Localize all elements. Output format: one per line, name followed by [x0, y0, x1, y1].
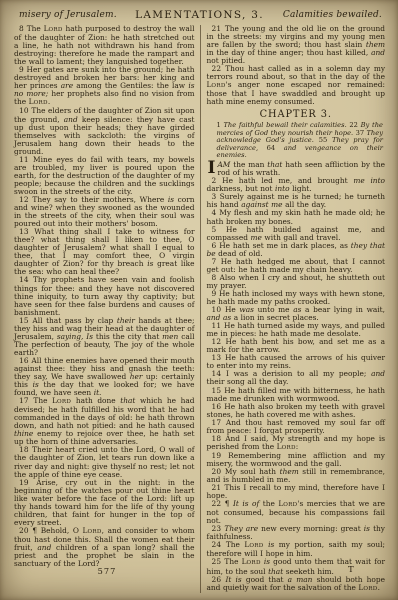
verse-number: 11: [212, 321, 222, 330]
divine-name: LORD: [29, 97, 48, 106]
verse: 14 I was a derision to all my people; an…: [207, 370, 386, 386]
verse-number: 4: [212, 208, 217, 217]
signature-mark: T: [348, 565, 354, 575]
running-head-right: Calamities bewailed.: [283, 10, 382, 20]
verse: 20 My soul hath them still in remembranc…: [207, 468, 386, 484]
verse: 7 He hath hedged me about, that I cannot…: [207, 258, 386, 274]
verse: 14 Thy prophets have seen vain and fooli…: [14, 276, 195, 316]
verse: 11 He hath turned aside my ways, and pul…: [207, 322, 386, 338]
verse-number: 22: [212, 499, 222, 508]
verse-number: 21: [212, 24, 222, 33]
verse-number: 16: [19, 356, 29, 365]
verse-number: 25: [212, 557, 222, 566]
verse-number: 13: [19, 227, 29, 236]
verse-number: 22: [212, 64, 222, 73]
verse-number: 7: [212, 257, 217, 266]
verse-number: 13: [212, 353, 222, 362]
verse-number: 15: [19, 316, 29, 325]
verse-number: 17: [212, 418, 222, 427]
divine-name: LORD: [278, 499, 297, 508]
verse: 13 He hath caused the arrows of his quiv…: [207, 354, 386, 370]
verse-number: 18: [212, 434, 222, 443]
left-column: 8 The LORD hath purposed to destroy the …: [14, 25, 200, 593]
verse: 10 He was unto me as a bear lying in wai…: [207, 306, 386, 322]
verse-number: 5: [212, 225, 217, 234]
divine-name: LORD: [83, 526, 102, 535]
verse: 16 He hath also broken my teeth with gra…: [207, 403, 386, 419]
verse-number: 21: [212, 483, 222, 492]
verse: 25 The LORD is good unto them that wait …: [207, 558, 386, 575]
divine-name: LORD: [358, 583, 377, 592]
verse-number: 12: [19, 195, 29, 204]
verse-number: 18: [19, 445, 29, 454]
left-column-verses: 8 The LORD hath purposed to destroy the …: [14, 25, 195, 568]
verse-number: 9: [212, 289, 217, 298]
verse: 2 He hath led me, and brought me into da…: [207, 177, 386, 193]
verse-number: 14: [212, 369, 222, 378]
verse: 24 The LORD is my portion, saith my soul…: [207, 541, 386, 558]
verse: 21 This I recall to my mind, therefore h…: [207, 484, 386, 500]
verse-number: 23: [212, 524, 222, 533]
verse-number: 17: [19, 396, 29, 405]
verse: 23 They are new every morning: great is …: [207, 525, 386, 541]
verse-number: 9: [19, 65, 24, 74]
verse: 18 And I said, My strength and my hope i…: [207, 435, 386, 452]
divine-name: LORD: [44, 24, 63, 33]
verse-number: 3: [212, 192, 217, 201]
divine-name: LORD: [277, 442, 296, 451]
verse-number: 19: [212, 451, 222, 460]
verse-number: 12: [212, 337, 222, 346]
chapter-heading: CHAPTER 3.: [207, 109, 386, 120]
verse: 11 Mine eyes do fail with tears, my bowe…: [14, 156, 195, 196]
verse: 3 Surely against me is he turned; he tur…: [207, 193, 386, 209]
divine-name: LORD: [242, 557, 261, 566]
verse: 9 Her gates are sunk into the ground; he…: [14, 66, 195, 107]
verse: 8 The LORD hath purposed to destroy the …: [14, 25, 195, 66]
bible-page: misery of Jerusalem. LAMENTATIONS, 3. Ca…: [0, 0, 398, 600]
divine-name: LORD: [244, 540, 263, 549]
verse-number: 19: [19, 478, 29, 487]
verse: 19 Arise, cry out in the night: in the b…: [14, 479, 195, 527]
right-column: 21 The young and the old lie on the grou…: [200, 25, 386, 593]
verse-number: 10: [19, 106, 29, 115]
verse-number: 14: [19, 275, 29, 284]
verse-number: 26: [212, 575, 222, 584]
verse-number: 20: [212, 467, 222, 476]
verse-number: 15: [212, 386, 222, 395]
running-head: misery of Jerusalem. LAMENTATIONS, 3. Ca…: [14, 9, 385, 23]
verse: 9 He hath inclosed my ways with hewn sto…: [207, 290, 386, 306]
verse: 22 ¶ It is of the LORD's mercies that we…: [207, 500, 386, 525]
running-head-left: misery of Jerusalem.: [19, 10, 117, 20]
verse-number: 2: [212, 176, 217, 185]
book-title: LAMENTATIONS, 3.: [135, 9, 264, 21]
verse-number: 8: [19, 24, 24, 33]
verse: IAM the man that hath seen affliction by…: [207, 161, 386, 177]
drop-cap: I: [207, 161, 218, 175]
page-number: 577: [14, 566, 200, 576]
verse: 13 What thing shall I take to witness fo…: [14, 228, 195, 276]
chapter-summary: 1 The faithful bewail their calamities. …: [217, 122, 384, 159]
verse-number: 8: [212, 273, 217, 282]
verse: 26 It is good that a man should both hop…: [207, 576, 386, 593]
text-columns: 8 The LORD hath purposed to destroy the …: [14, 25, 385, 593]
divine-name: LORD: [207, 80, 226, 89]
verse: 16 All thine enemies have opened their m…: [14, 357, 195, 397]
verse: 6 He hath set me in dark places, as they…: [207, 242, 386, 258]
verse-number: 11: [19, 155, 29, 164]
verse: 19 Remembering mine affliction and my mi…: [207, 452, 386, 468]
divine-name: LORD: [52, 396, 71, 405]
chapter2-verses: 21 The young and the old lie on the grou…: [207, 25, 386, 106]
verse: 12 He hath bent his bow, and set me as a…: [207, 338, 386, 354]
verse: 17 The LORD hath done that which he had …: [14, 397, 195, 446]
summary-verse-ref: 64: [267, 144, 276, 152]
verse: 4 My flesh and my skin hath he made old;…: [207, 209, 386, 225]
verse: 5 He hath builded against me, and compas…: [207, 226, 386, 242]
verse: 12 They say to their mothers, Where is c…: [14, 196, 195, 228]
verse: 18 Their heart cried unto the Lord, O wa…: [14, 446, 195, 478]
verse: 22 Thou hast called as in a solemn day m…: [207, 65, 386, 106]
verse-number: 16: [212, 402, 222, 411]
verse-number: 20: [19, 526, 29, 535]
verse: 17 And thou hast removed my soul far off…: [207, 419, 386, 435]
verse: 21 The young and the old lie on the grou…: [207, 25, 386, 65]
verse: 20 ¶ Behold, O LORD, and consider to who…: [14, 527, 195, 568]
verse: 15 All that pass by clap their hands at …: [14, 317, 195, 357]
chapter3-verses: IAM the man that hath seen affliction by…: [207, 161, 386, 592]
verse: 8 Also when I cry and shout, he shutteth…: [207, 274, 386, 290]
verse-number: 24: [212, 540, 222, 549]
verse: 10 The elders of the daughter of Zion si…: [14, 107, 195, 155]
verse: 15 He hath filled me with bitterness, he…: [207, 387, 386, 403]
